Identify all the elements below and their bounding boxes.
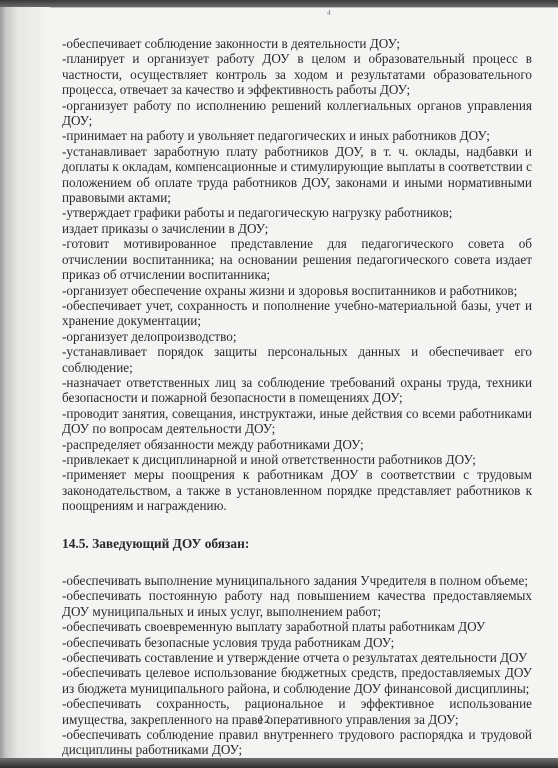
scan-page-edge: [36, 0, 50, 768]
paragraph: -утверждает графики работы и педагогичес…: [62, 205, 532, 220]
paragraph: -распределяет обязанности между работник…: [62, 437, 532, 452]
paragraph: -проводит занятия, совещания, инструктаж…: [62, 406, 532, 437]
paragraph: -назначает ответственных лиц за соблюден…: [62, 375, 532, 406]
paragraph: издает приказы о зачислении в ДОУ;: [62, 221, 532, 236]
paragraph: -обеспечивать составление и утверждение …: [62, 650, 532, 665]
scan-top-border: [0, 0, 558, 7]
section-heading: 14.5. Заведующий ДОУ обязан:: [62, 536, 532, 551]
paragraph: -обеспечивать целевое использование бюдж…: [62, 665, 532, 696]
paragraph: -обеспечивать выполнение муниципального …: [62, 573, 532, 588]
page-number: 12: [258, 712, 270, 727]
document-body: -обеспечивает соблюдение законности в де…: [62, 36, 532, 758]
paragraph: -принимает на работу и увольняет педагог…: [62, 128, 532, 143]
paragraph: -обеспечивать безопасные условия труда р…: [62, 635, 532, 650]
paragraph: -планирует и организует работу ДОУ в цел…: [62, 51, 532, 97]
paragraph: -готовит мотивированное представление дл…: [62, 236, 532, 282]
paragraph: -привлекает к дисциплинарной и иной отве…: [62, 452, 532, 467]
paragraph: -обеспечивать соблюдение правил внутренн…: [62, 727, 532, 758]
paragraph: -обеспечивать своевременную выплату зара…: [62, 619, 532, 634]
scan-left-shadow: [0, 0, 38, 768]
paragraph: -устанавливает порядок защиты персональн…: [62, 344, 532, 375]
paragraph: -применяет меры поощрения к работникам Д…: [62, 467, 532, 513]
paragraph: -обеспечивает соблюдение законности в де…: [62, 36, 532, 51]
paragraph: -обеспечивает учет, сохранность и пополн…: [62, 298, 532, 329]
paragraph: -организует обеспечение охраны жизни и з…: [62, 283, 532, 298]
paragraph: -организует делопроизводство;: [62, 329, 532, 344]
paragraph: -обеспечивать сохранность, рациональное …: [62, 696, 532, 727]
scan-bottom-border: [0, 758, 558, 768]
paragraph: -обеспечивать постоянную работу над повы…: [62, 588, 532, 619]
page-mark: 4: [327, 9, 331, 17]
paragraph: -устанавливает заработную плату работник…: [62, 144, 532, 206]
scan-top-line: [50, 7, 558, 8]
paragraph: -организует работу по исполнению решений…: [62, 98, 532, 129]
